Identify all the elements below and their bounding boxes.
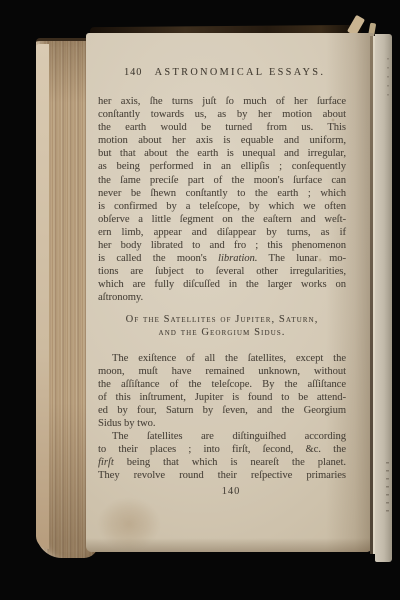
facing-page-text-specks — [386, 462, 389, 514]
italic-word-first: firſt — [98, 457, 114, 468]
text-line: The exiſtence of all the ſatellites, exc… — [98, 352, 346, 365]
running-title: ASTRONOMICAL ESSAYS. — [155, 67, 326, 78]
book-photograph: 140 ASTRONOMICAL ESSAYS. her axis, ſhe t… — [0, 0, 400, 600]
text-segment: being that which is neareſt the planet. — [114, 457, 346, 468]
text-line: which are fully diſcuſſed in the larger … — [98, 278, 346, 291]
running-header: 140 ASTRONOMICAL ESSAYS. — [98, 66, 346, 79]
text-line: her axis, ſhe turns juſt ſo much of her … — [98, 95, 346, 108]
paragraph-satellites-existence: The exiſtence of all the ſatellites, exc… — [98, 352, 346, 431]
italic-word-libration: libration. — [218, 253, 257, 264]
text-line: conſtantly towards us, as by her motion … — [98, 108, 346, 121]
text-line: tions are ſubject to ſeveral other irreg… — [98, 265, 346, 278]
text-line: to their places ; into firſt, ſecond, &c… — [98, 443, 346, 456]
facing-page-text-specks — [387, 58, 389, 98]
paragraph-lunar-motion: her axis, ſhe turns juſt ſo much of her … — [98, 95, 346, 305]
text-line: ed by four, Saturn by ſeven, and the Geo… — [98, 404, 346, 417]
text-line: obſerve a little ſegment on the eaſtern … — [98, 213, 346, 226]
page-text: 140 ASTRONOMICAL ESSAYS. her axis, ſhe t… — [98, 66, 346, 499]
text-line: the earth would be turned from us. This — [98, 121, 346, 134]
text-line: of this inſtrument, Jupiter is found to … — [98, 391, 346, 404]
text-line: never be ſhewn conſtantly to the earth ;… — [98, 187, 346, 200]
text-line-with-italic: firſt being that which is neareſt the pl… — [98, 456, 346, 469]
text-segment: is called the moon's — [98, 253, 218, 264]
text-line: is confirmed by a teleſcope, by which we… — [98, 200, 346, 213]
text-line: her body librated to and fro ; this phen… — [98, 239, 346, 252]
text-line: Sidus by two. — [98, 417, 346, 430]
footer-page-number: 140 — [98, 485, 346, 498]
left-page-edges-highlight — [36, 44, 49, 549]
text-line: moon, muſt have remained unknown, withou… — [98, 365, 346, 378]
text-line: but that about the earth is unequal and … — [98, 147, 346, 160]
text-line: the ſame preciſe part of the moon's ſurf… — [98, 174, 346, 187]
paragraph-satellites-order: The ſatellites are diſtinguiſhed accordi… — [98, 430, 346, 482]
text-line: as being performed in an ellipſis ; conſ… — [98, 160, 346, 173]
text-line: the aſſiſtance of the teleſcope. By the … — [98, 378, 346, 391]
text-line: ern limb, appear and diſappear by turns,… — [98, 226, 346, 239]
header-page-number: 140 — [124, 66, 142, 79]
text-segment: The lunar mo- — [257, 253, 346, 264]
text-line: motion about her axis is equable and uni… — [98, 134, 346, 147]
section-heading: Of the Satellites of Jupiter, Saturn, an… — [98, 313, 346, 340]
text-line: The ſatellites are diſtinguiſhed accordi… — [98, 430, 346, 443]
text-line: They revolve round their reſpective prim… — [98, 469, 346, 482]
text-line: aſtronomy. — [98, 291, 346, 304]
foxing-stain — [98, 498, 160, 550]
section-heading-line: Of the Satellites of Jupiter, Saturn, — [98, 313, 346, 327]
text-line-with-italic: is called the moon's libration. The luna… — [98, 252, 346, 265]
section-heading-line: and the Georgium Sidus. — [98, 326, 346, 340]
